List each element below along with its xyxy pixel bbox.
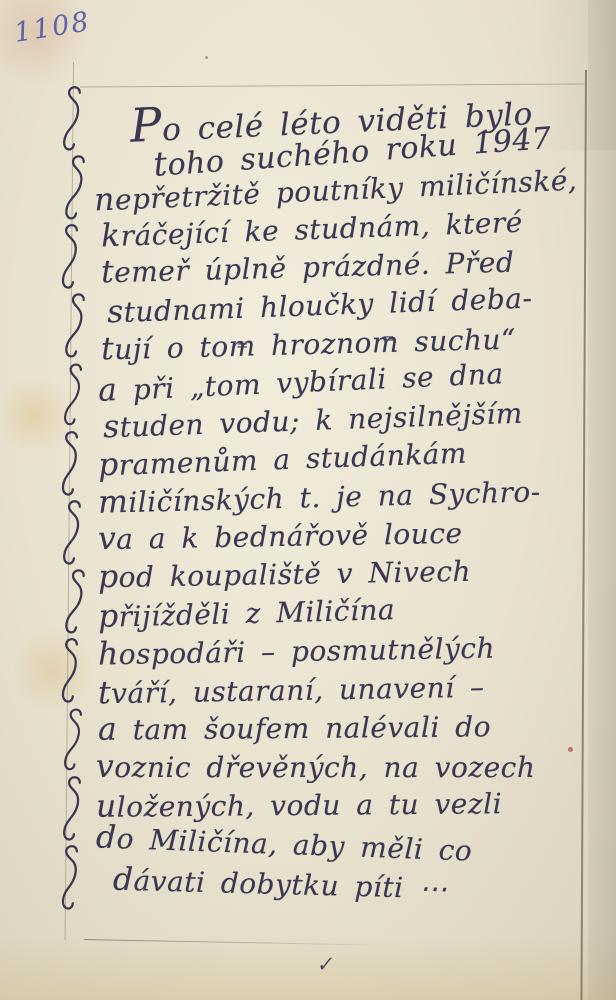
manuscript-line: va a k bednářově louce: [98, 515, 463, 557]
manuscript-page: 1108 Po celé léto viděti bylotoho suchéh…: [0, 0, 616, 1000]
emphasis-underline-mark: =: [236, 336, 249, 354]
manuscript-line: dávati dobytku píti ⋯: [113, 862, 448, 907]
manuscript-line: tváří, ustaraní, unavení –: [98, 669, 485, 712]
manuscript-line: do Miličína, aby měli co: [95, 819, 472, 868]
manuscript-line: voznic dřevěných, na vozech: [96, 749, 535, 785]
manuscript-text: Po celé léto viděti bylotoho suchého rok…: [0, 0, 616, 1000]
manuscript-line: přijížděli z Miličína: [98, 591, 396, 635]
manuscript-line: hospodáři – posmutnělých: [98, 630, 496, 673]
check-mark: ✓: [315, 951, 334, 977]
manuscript-line: a tam šoufem nalévali do: [98, 708, 491, 747]
manuscript-line: pod koupaliště v Nivech: [98, 553, 472, 596]
emphasis-underline-mark: =: [382, 329, 395, 347]
manuscript-line: uložených, vodu a tu vezli: [96, 785, 502, 825]
